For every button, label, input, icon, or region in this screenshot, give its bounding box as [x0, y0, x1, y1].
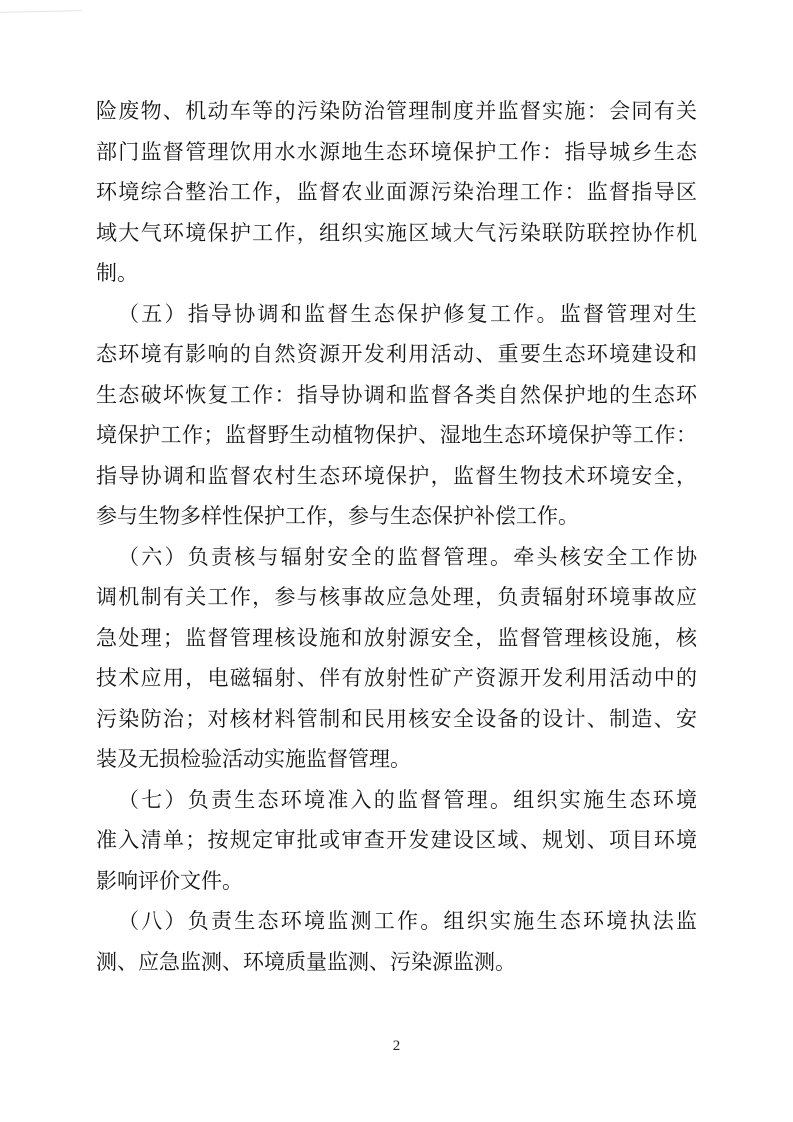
text-line: 装及无损检验活动实施监督管理。	[96, 740, 697, 781]
text-line: 域大气环境保护工作，组织实施区域大气污染联防联控协作机	[96, 214, 697, 255]
text-line: 制。	[96, 254, 697, 295]
text-line: 险废物、机动车等的污染防治管理制度并监督实施：会同有关	[96, 92, 697, 133]
page-number: 2	[393, 1038, 401, 1054]
text-line: 指导协调和监督农村生态环境保护，监督生物技术环境安全，	[96, 457, 697, 498]
text-line: 技术应用，电磁辐射、伴有放射性矿产资源开发利用活动中的	[96, 659, 697, 700]
document-text-body: 险废物、机动车等的污染防治管理制度并监督实施：会同有关 部门监督管理饮用水水源地…	[96, 92, 697, 983]
text-line: 调机制有关工作，参与核事故应急处理，负责辐射环境事故应	[96, 578, 697, 619]
text-line: （六）负责核与辐射安全的监督管理。牵头核安全工作协	[96, 538, 697, 579]
text-line: 生态破坏恢复工作：指导协调和监督各类自然保护地的生态环	[96, 376, 697, 417]
paragraph-item-7: （七）负责生态环境准入的监督管理。组织实施生态环境 准入清单；按规定审批或审查开…	[96, 781, 697, 903]
document-page: 险废物、机动车等的污染防治管理制度并监督实施：会同有关 部门监督管理饮用水水源地…	[0, 0, 793, 1122]
text-line: 环境综合整治工作，监督农业面源污染治理工作：监督指导区	[96, 173, 697, 214]
text-line: （八）负责生态环境监测工作。组织实施生态环境执法监	[96, 902, 697, 943]
text-line: （七）负责生态环境准入的监督管理。组织实施生态环境	[96, 781, 697, 822]
paragraph-item-8: （八）负责生态环境监测工作。组织实施生态环境执法监 测、应急监测、环境质量监测、…	[96, 902, 697, 983]
text-line: 部门监督管理饮用水水源地生态环境保护工作：指导城乡生态	[96, 133, 697, 174]
paragraph-item-5: （五）指导协调和监督生态保护修复工作。监督管理对生 态环境有影响的自然资源开发利…	[96, 295, 697, 538]
text-line: 影响评价文件。	[96, 862, 697, 903]
text-line: 测、应急监测、环境质量监测、污染源监测。	[96, 943, 697, 984]
paragraph-continued: 险废物、机动车等的污染防治管理制度并监督实施：会同有关 部门监督管理饮用水水源地…	[96, 92, 697, 295]
text-line: 急处理；监督管理核设施和放射源安全，监督管理核设施，核	[96, 619, 697, 660]
text-line: 准入清单；按规定审批或审查开发建设区域、规划、项目环境	[96, 821, 697, 862]
text-line: 参与生物多样性保护工作，参与生态保护补偿工作。	[96, 497, 697, 538]
text-line: 污染防治；对核材料管制和民用核安全设备的设计、制造、安	[96, 700, 697, 741]
page-footer: 2	[0, 1036, 793, 1056]
paragraph-item-6: （六）负责核与辐射安全的监督管理。牵头核安全工作协 调机制有关工作，参与核事故应…	[96, 538, 697, 781]
text-line: 态环境有影响的自然资源开发利用活动、重要生态环境建设和	[96, 335, 697, 376]
text-line: （五）指导协调和监督生态保护修复工作。监督管理对生	[96, 295, 697, 336]
text-line: 境保护工作；监督野生动植物保护、湿地生态环境保护等工作：	[96, 416, 697, 457]
scan-artifact-line	[0, 10, 82, 13]
